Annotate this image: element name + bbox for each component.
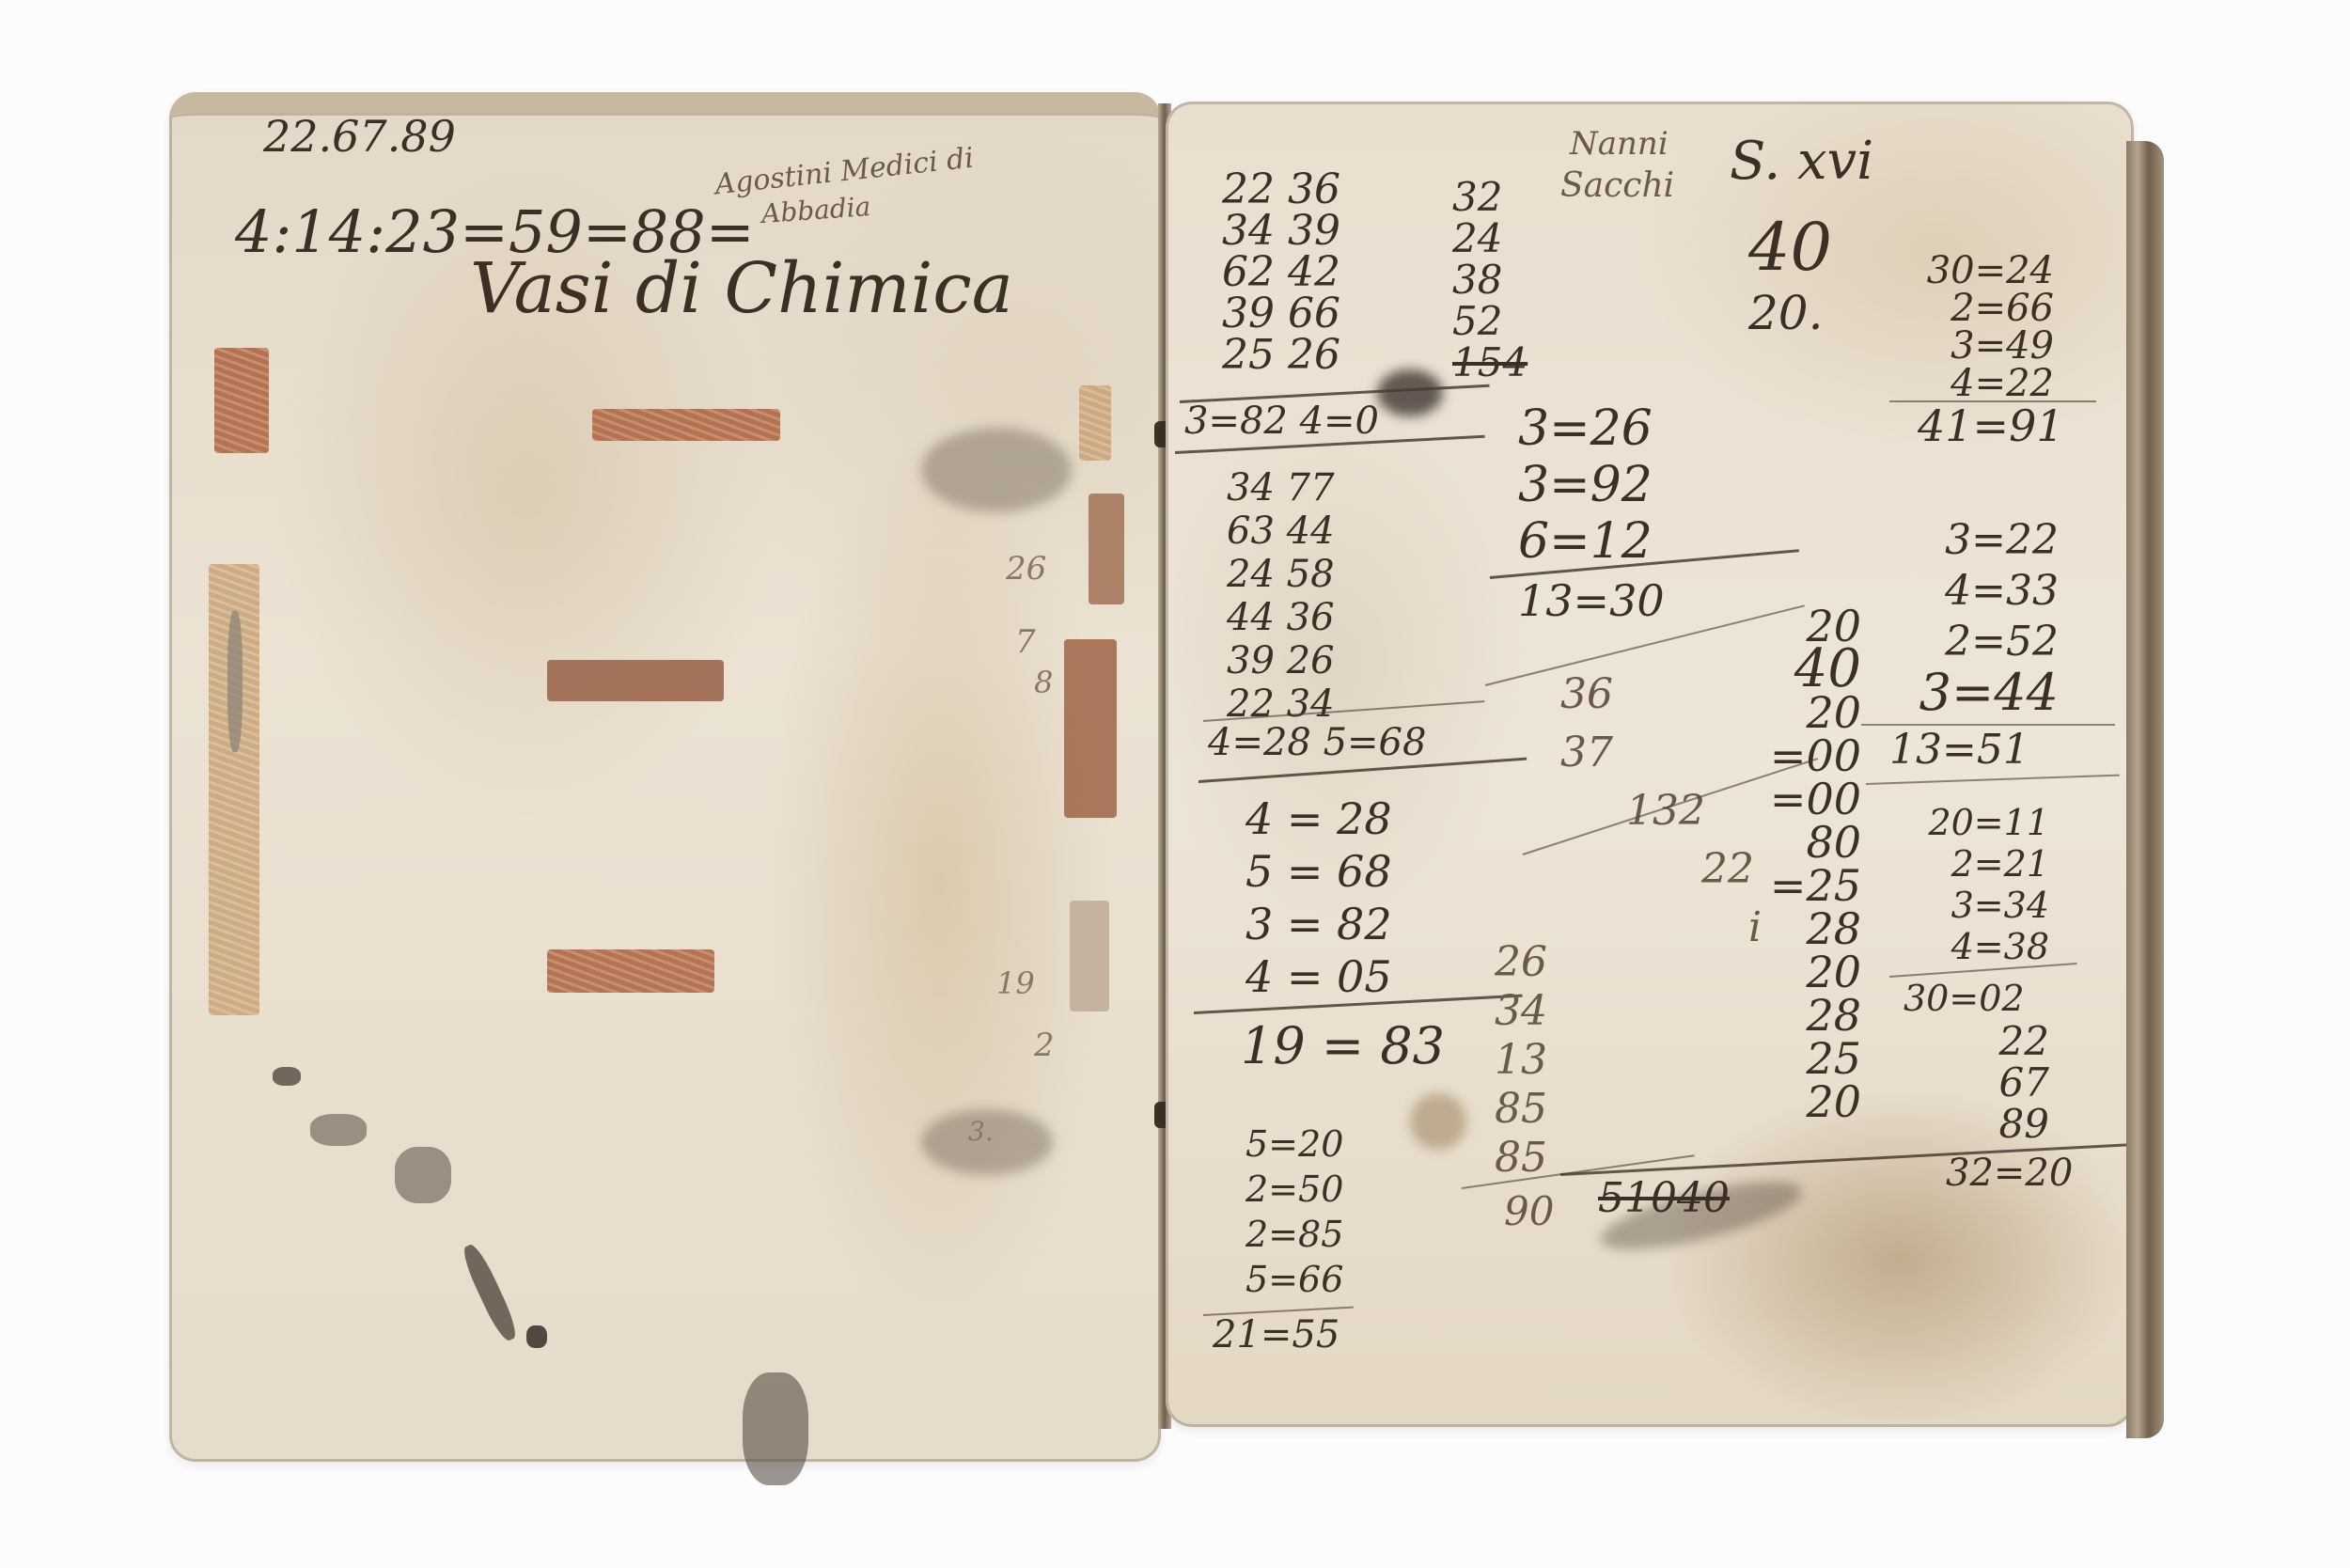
header-note-line1: Nanni — [1570, 128, 1668, 160]
paper-remnant — [1064, 639, 1117, 818]
tally-total: 13=30 — [1518, 579, 1665, 622]
margin-number: 19 — [996, 968, 1035, 998]
tally-block: 3=22 4=33 2=52 3=44 — [1889, 515, 2059, 718]
left-page: 22.67.89 4:14:23=59=88= Agostini Medici … — [169, 92, 1161, 1462]
tally-total: 90 — [1504, 1192, 1554, 1231]
tally-value: 40 — [1748, 214, 1832, 280]
ink-stain — [459, 1242, 521, 1344]
top-number: 22.67.89 — [263, 115, 456, 158]
margin-number: 2 — [1034, 1029, 1055, 1061]
page-block-edge — [2126, 141, 2164, 1438]
tally-block: 20=11 2=21 3=34 4=38 — [1880, 802, 2049, 967]
stain — [1377, 369, 1443, 416]
tally-total: 19 = 83 — [1241, 1021, 1445, 1072]
tally-total: 32=20 — [1946, 1154, 2073, 1192]
margin-number: 7 — [1015, 626, 1036, 658]
margin-number: 3. — [968, 1119, 994, 1145]
tally-block: 22 36 34 39 62 42 39 66 25 26 — [1222, 169, 1340, 376]
paper-remnant — [1089, 494, 1124, 604]
header-note-line2: Sacchi — [1560, 169, 1674, 203]
tally-block: 22 67 89 — [1974, 1021, 2049, 1145]
ink-stain — [743, 1372, 808, 1485]
open-notebook: 22.67.89 4:14:23=59=88= Agostini Medici … — [0, 0, 2350, 1568]
tally-total: 4=28 5=68 — [1208, 724, 1426, 761]
stain — [1410, 1093, 1466, 1150]
tally-block: 26 34 13 85 85 — [1495, 938, 1547, 1183]
ink-stain — [310, 1114, 367, 1146]
tally-total: 21=55 — [1213, 1316, 1339, 1354]
tally-block: 30=24 2=66 3=49 4=22 — [1903, 252, 2054, 402]
page-title: Vasi di Chimica — [470, 254, 1013, 323]
tally-block: 5=20 2=50 2=85 5=66 — [1245, 1121, 1343, 1302]
paper-remnant — [547, 949, 714, 993]
tally-block: 36 37 132 22 i — [1560, 666, 1762, 957]
tally-total: 30=02 — [1903, 980, 2025, 1016]
tally-total: 13=51 — [1889, 729, 2029, 771]
margin-number: 8 — [1034, 667, 1053, 698]
thread-fragment — [227, 611, 243, 752]
ink-stain — [395, 1147, 451, 1203]
owner-note-line2: Abbadia — [760, 194, 871, 227]
ink-stain — [273, 1067, 301, 1086]
owner-note-line1: Agostini Medici di — [713, 145, 975, 200]
tally-total: 3=82 4=0 — [1184, 402, 1379, 440]
tally-block: 20 40 20 =00 =00 80 =25 28 20 28 25 20 — [1748, 604, 1861, 1123]
sum-line — [1866, 775, 2120, 785]
stain — [921, 428, 1072, 512]
ink-stain — [526, 1325, 547, 1348]
tally-total: 41=91 — [1918, 404, 2064, 447]
right-page: Nanni Sacchi S. xvi 22 36 34 39 62 42 39… — [1166, 102, 2134, 1427]
tally-block: 34 77 63 44 24 58 44 36 39 26 22 34 — [1227, 466, 1335, 726]
tally-block: 4 = 28 5 = 68 3 = 82 4 = 05 — [1245, 792, 1392, 1003]
tally-block: 32 24 38 52 154 — [1452, 177, 1527, 384]
header-roman: S. xvi — [1730, 135, 1873, 188]
paper-remnant — [214, 348, 269, 453]
paper-remnant — [592, 409, 780, 441]
tally-value: 20. — [1748, 290, 1824, 337]
paper-remnant — [547, 660, 724, 701]
paper-remnant — [1070, 901, 1109, 1011]
paper-remnant — [1079, 385, 1111, 461]
tally-block: 3=26 3=92 6=12 — [1518, 400, 1653, 570]
margin-number: 26 — [1006, 553, 1046, 585]
